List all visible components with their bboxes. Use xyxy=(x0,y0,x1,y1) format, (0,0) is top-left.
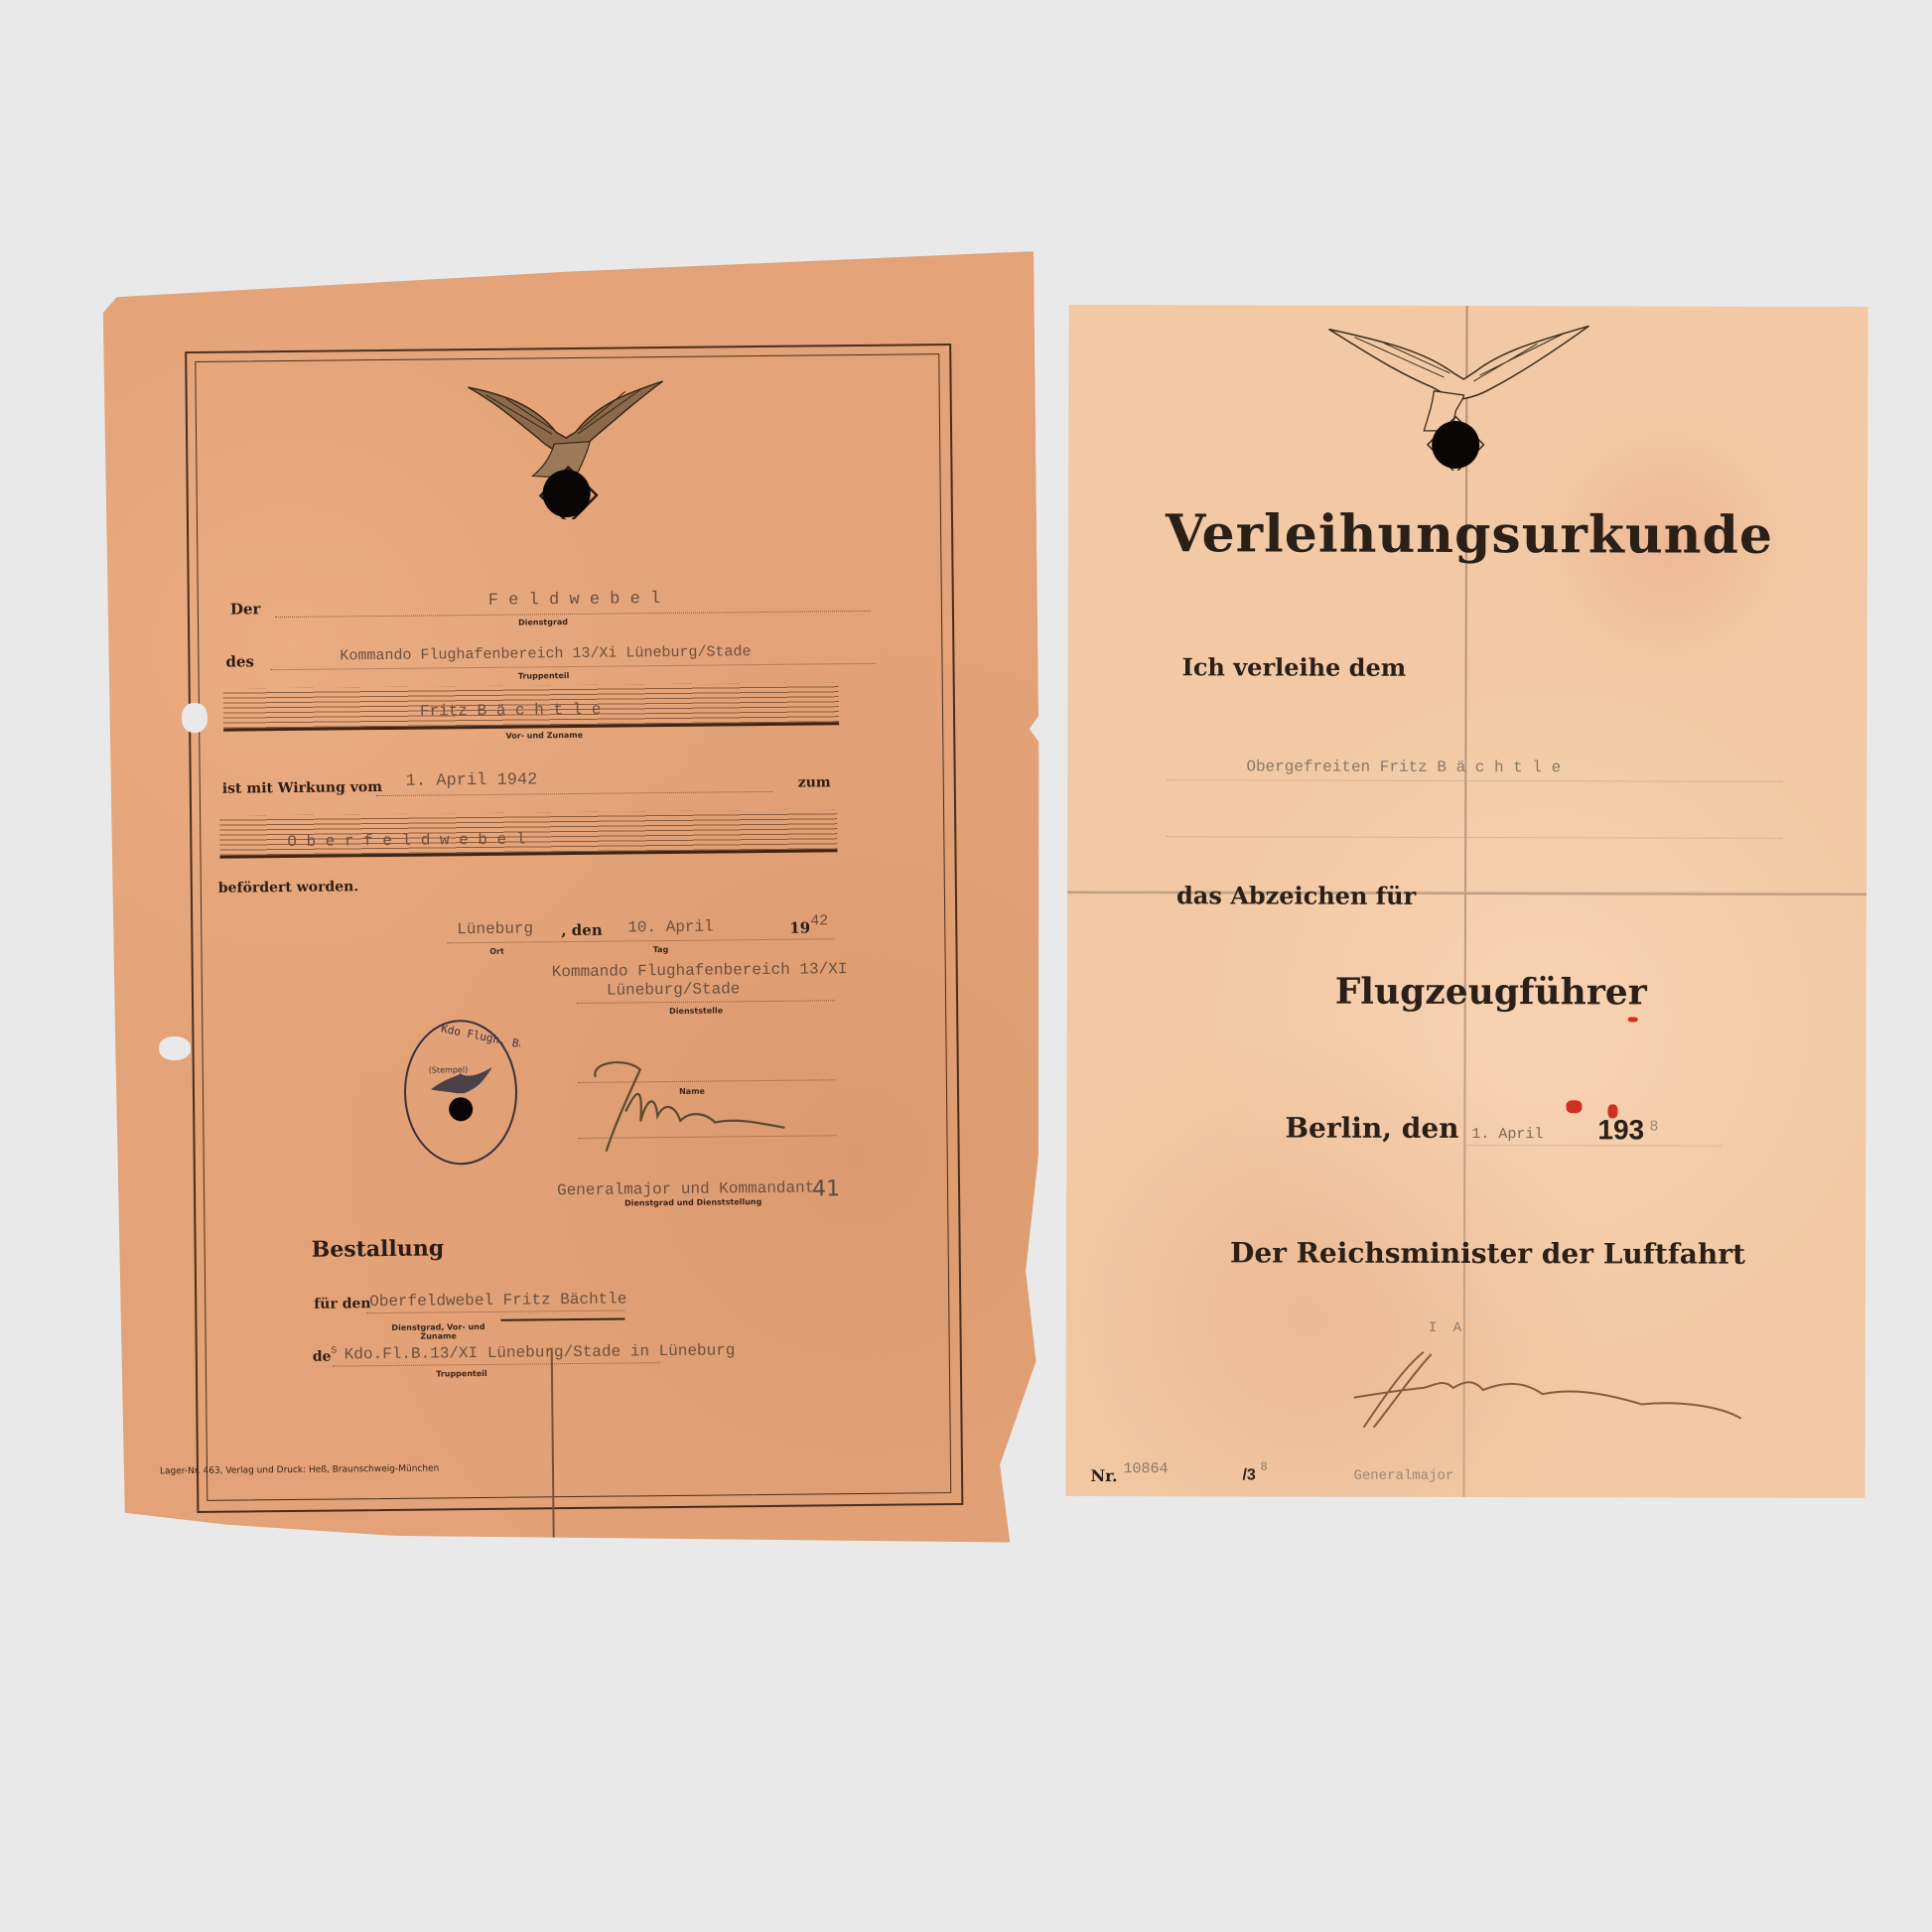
number-year-prefix: /3 xyxy=(1242,1466,1255,1484)
fold-crease-vertical xyxy=(1462,306,1467,1497)
signatory-caption: Dienstgrad und Dienststellung xyxy=(623,1197,762,1207)
day-caption: Tag xyxy=(645,945,675,954)
date-year-suffix: 8 xyxy=(1649,1118,1658,1135)
eagle-emblem-icon xyxy=(467,379,666,520)
signatory-title: Generalmajor und Kommandant xyxy=(557,1178,814,1199)
issuer: Der Reichsminister der Luftfahrt xyxy=(1230,1236,1745,1270)
punch-hole-top xyxy=(182,703,207,733)
official-stamp-icon: (Stempel) Kdo Flugh. Ber. 13/XI xyxy=(400,1018,521,1168)
badge-name: Flugzeugführer xyxy=(1335,971,1647,1014)
recipient-caption: Dienstgrad, Vor- und Zuname xyxy=(373,1322,502,1341)
promotion-certificate: Der F e l d w e b e l Dienstgrad des Kom… xyxy=(102,251,1047,1552)
svg-text:(Stempel): (Stempel) xyxy=(429,1065,468,1074)
handwritten-signature-icon xyxy=(1324,1348,1761,1439)
certificate-title: Verleihungsurkunde xyxy=(1166,503,1773,566)
date-year-prefix: 193 xyxy=(1597,1114,1644,1146)
handwritten-annotation: 41 xyxy=(812,1176,840,1201)
effective-date: 1. April 1942 xyxy=(406,770,538,790)
date-day: 1. April xyxy=(1471,1126,1543,1143)
eagle-emblem-icon xyxy=(1324,322,1592,472)
des-label-2: de xyxy=(313,1349,332,1365)
bestallung-recipient: Oberfeldwebel Fritz Bächtle xyxy=(369,1290,626,1311)
punch-hole-bottom xyxy=(159,1036,191,1060)
date-label: Berlin, den xyxy=(1285,1112,1458,1145)
award-certificate: Verleihungsurkunde Ich verleihe dem Ober… xyxy=(1065,305,1867,1498)
unit-caption: Truppenteil xyxy=(504,671,584,681)
day-value: 10. April xyxy=(627,918,714,937)
fuer-den-label: für den xyxy=(314,1296,370,1312)
year-prefix: 19 xyxy=(789,919,810,937)
recipient-line xyxy=(1167,779,1782,782)
number-label: Nr. xyxy=(1090,1466,1117,1485)
place-caption: Ort xyxy=(482,947,511,956)
office-caption: Dienststelle xyxy=(666,1006,726,1016)
office-line2: Lüneburg/Stade xyxy=(607,980,741,999)
office-line1: Kommando Flughafenbereich 13/XI xyxy=(552,960,848,981)
award-recipient: Obergefreiten Fritz B ä c h t l e xyxy=(1246,758,1561,776)
name-caption: Vor- und Zuname xyxy=(504,731,584,741)
new-rank-value: O b e r f e l d w e b e l xyxy=(287,831,525,852)
der-label: Der xyxy=(230,600,261,618)
number-year-suffix: 8 xyxy=(1260,1459,1267,1473)
badge-label: das Abzeichen für xyxy=(1176,881,1416,910)
den-label: , den xyxy=(561,921,603,939)
rank-value: F e l d w e b e l xyxy=(488,590,661,611)
rank-caption: Dienstgrad xyxy=(513,618,573,627)
effective-label: ist mit Wirkung vom xyxy=(222,779,382,797)
handwritten-signature-icon xyxy=(586,1050,805,1172)
signatory-rank: Generalmajor xyxy=(1353,1468,1453,1484)
place-value: Lüneburg xyxy=(457,919,533,938)
recipient-line-2 xyxy=(1167,836,1782,839)
red-ink-spot xyxy=(1628,1017,1638,1022)
zum-label: zum xyxy=(798,774,831,790)
bestallung-unit-caption: Truppenteil xyxy=(432,1369,491,1379)
promoted-label: befördert worden. xyxy=(218,879,359,896)
certificate-number: 10864 xyxy=(1123,1460,1168,1477)
department: I A xyxy=(1429,1320,1465,1336)
year-suffix: 42 xyxy=(810,912,828,929)
bestallung-heading: Bestallung xyxy=(312,1235,445,1262)
des-label: des xyxy=(225,652,254,670)
intro-text: Ich verleihe dem xyxy=(1182,652,1407,682)
red-ink-spot xyxy=(1566,1100,1582,1113)
des-suffix: s xyxy=(331,1343,338,1357)
date-line xyxy=(1463,1145,1722,1147)
name-value: Fritz B ä c h t l e xyxy=(420,701,602,721)
